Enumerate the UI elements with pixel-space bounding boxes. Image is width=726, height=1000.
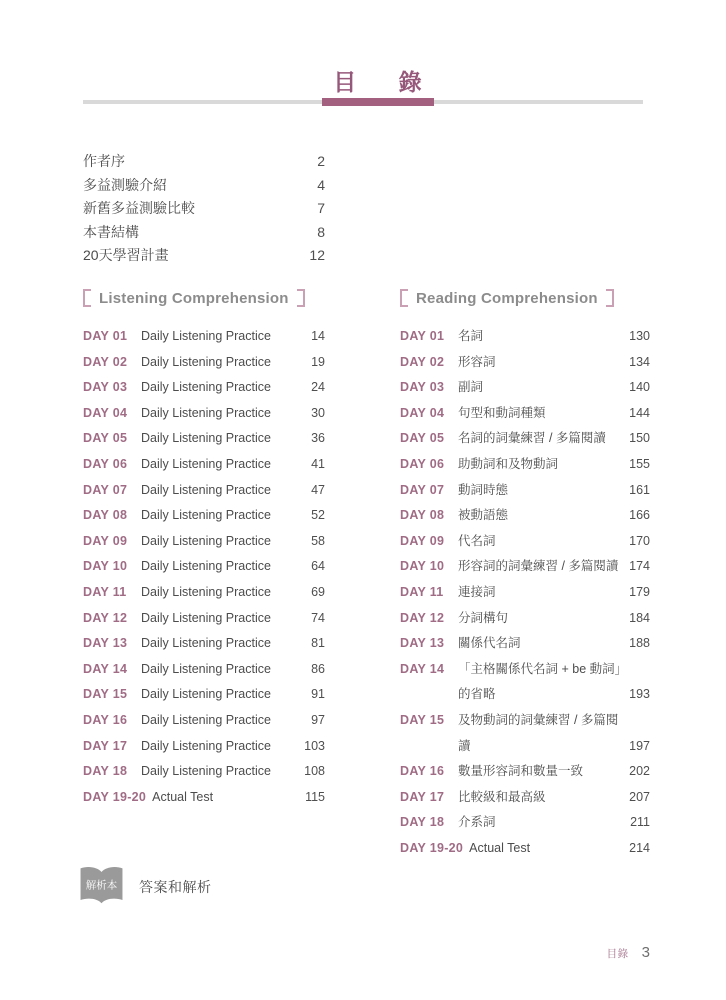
day-title-line1: Actual Test	[469, 841, 530, 855]
day-title-line1: 「主格關係代名詞 + be 動詞」	[458, 662, 627, 676]
day-title-line1: 形容詞	[458, 355, 496, 369]
day-label: DAY 03	[400, 375, 458, 401]
day-label: DAY 06	[83, 452, 141, 478]
toc-row: DAY 03 副詞 140	[400, 375, 650, 401]
day-label: DAY 08	[400, 503, 458, 529]
day-title-line1: 關係代名詞	[458, 636, 521, 650]
day-title-line1: 連接詞	[458, 585, 496, 599]
toc-row: DAY 12 Daily Listening Practice 74	[83, 606, 325, 632]
day-title: 名詞的詞彙練習 / 多篇閱讀	[458, 426, 623, 452]
day-title-line1: 數量形容詞和數量一致	[458, 764, 583, 778]
footer-section-label: 目錄	[607, 946, 629, 961]
footer-page-number: 3	[642, 944, 650, 961]
toc-row: DAY 08 Daily Listening Practice 52	[83, 503, 325, 529]
day-page: 155	[623, 452, 650, 478]
day-title: Daily Listening Practice	[141, 580, 305, 606]
toc-row: DAY 10 形容詞的詞彙練習 / 多篇閱讀 174	[400, 554, 650, 580]
toc-row: DAY 06 Daily Listening Practice 41	[83, 452, 325, 478]
list-item: 多益測驗介紹 4	[83, 174, 325, 198]
toc-row: DAY 10 Daily Listening Practice 64	[83, 554, 325, 580]
day-title-line1: Daily Listening Practice	[141, 508, 271, 522]
toc-row: DAY 15 及物動詞的詞彙練習 / 多篇閱讀 197	[400, 708, 650, 759]
bracket-close-icon	[606, 289, 614, 307]
day-page: 184	[623, 606, 650, 632]
day-title: Daily Listening Practice	[141, 708, 305, 734]
day-label: DAY 16	[83, 708, 141, 734]
toc-row: DAY 09 代名詞 170	[400, 529, 650, 555]
day-label: DAY 04	[400, 401, 458, 427]
toc-row: DAY 07 動詞時態 161	[400, 478, 650, 504]
toc-row: DAY 17 比較級和最高級 207	[400, 785, 650, 811]
toc-row: DAY 16 Daily Listening Practice 97	[83, 708, 325, 734]
toc-row: DAY 03 Daily Listening Practice 24	[83, 375, 325, 401]
day-title-line1: 動詞時態	[458, 483, 508, 497]
day-title-line1: Daily Listening Practice	[141, 380, 271, 394]
day-title: Daily Listening Practice	[141, 529, 305, 555]
day-title-line1: Daily Listening Practice	[141, 611, 271, 625]
toc-row: DAY 13 Daily Listening Practice 81	[83, 631, 325, 657]
toc-row: DAY 02 形容詞 134	[400, 350, 650, 376]
day-title: 介系詞	[458, 810, 624, 836]
day-page: 108	[298, 759, 325, 785]
toc-page: 目 錄 作者序 2 多益測驗介紹 4 新舊多益測驗比較 7 本書結構 8 20天…	[0, 0, 726, 1000]
item-label: 新舊多益測驗比較	[83, 197, 195, 221]
day-page: 166	[623, 503, 650, 529]
item-label: 20天學習計畫	[83, 244, 169, 268]
answer-book-title: 答案和解析	[139, 877, 212, 897]
section-title: Listening Comprehension	[99, 290, 289, 307]
day-title: 及物動詞的詞彙練習 / 多篇閱讀	[458, 708, 623, 759]
toc-row: DAY 11 連接詞 179	[400, 580, 650, 606]
day-title-line1: 名詞	[458, 329, 483, 343]
title-accent-bar	[322, 98, 434, 106]
day-page: 197	[623, 734, 650, 760]
toc-row: DAY 12 分詞構句 184	[400, 606, 650, 632]
toc-row: DAY 19-20 Actual Test 115	[83, 785, 325, 811]
listening-list: DAY 01 Daily Listening Practice 14 DAY 0…	[83, 324, 325, 810]
toc-row: DAY 02 Daily Listening Practice 19	[83, 350, 325, 376]
day-page: 130	[623, 324, 650, 350]
reading-list: DAY 01 名詞 130 DAY 02 形容詞 134 DAY 03 副詞 1…	[400, 324, 650, 861]
day-label: DAY 10	[400, 554, 458, 580]
toc-row: DAY 01 名詞 130	[400, 324, 650, 350]
day-page: 193	[623, 682, 650, 708]
item-label: 本書結構	[83, 221, 139, 245]
day-label: DAY 09	[83, 529, 141, 555]
day-title: Daily Listening Practice	[141, 554, 305, 580]
day-title: 被動語態	[458, 503, 623, 529]
day-label: DAY 09	[400, 529, 458, 555]
day-title-line1: 介系詞	[458, 815, 496, 829]
day-page: 58	[305, 529, 325, 555]
item-page: 8	[317, 221, 325, 245]
day-title-line1: Daily Listening Practice	[141, 559, 271, 573]
day-title-line1: Actual Test	[152, 790, 213, 804]
day-label: DAY 01	[400, 324, 458, 350]
day-label: DAY 18	[400, 810, 458, 836]
day-title: Daily Listening Practice	[141, 324, 305, 350]
bracket-close-icon	[297, 289, 305, 307]
day-title-line1: Daily Listening Practice	[141, 687, 271, 701]
day-title-line2: 的省略	[458, 682, 623, 708]
list-item: 20天學習計畫 12	[83, 244, 325, 268]
day-page: 134	[623, 350, 650, 376]
day-page: 24	[305, 375, 325, 401]
day-label: DAY 07	[83, 478, 141, 504]
toc-row: DAY 14 Daily Listening Practice 86	[83, 657, 325, 683]
footer: 目錄 3	[607, 944, 650, 961]
item-label: 多益測驗介紹	[83, 174, 167, 198]
day-label: DAY 08	[83, 503, 141, 529]
day-title: Daily Listening Practice	[141, 478, 305, 504]
day-title-line1: Daily Listening Practice	[141, 534, 271, 548]
day-title-line1: 名詞的詞彙練習 / 多篇閱讀	[458, 431, 606, 445]
day-label: DAY 02	[83, 350, 141, 376]
day-title: Actual Test	[469, 836, 623, 862]
item-page: 12	[309, 244, 325, 268]
day-title-line1: Daily Listening Practice	[141, 764, 271, 778]
day-label: DAY 03	[83, 375, 141, 401]
toc-row: DAY 09 Daily Listening Practice 58	[83, 529, 325, 555]
day-title: Daily Listening Practice	[141, 606, 305, 632]
day-title: 動詞時態	[458, 478, 623, 504]
list-item: 新舊多益測驗比較 7	[83, 197, 325, 221]
day-label: DAY 11	[400, 580, 458, 606]
day-title: Daily Listening Practice	[141, 401, 305, 427]
toc-row: DAY 19-20 Actual Test 214	[400, 836, 650, 862]
day-label: DAY 05	[400, 426, 458, 452]
day-page: 47	[305, 478, 325, 504]
day-title-line1: 句型和動詞種類	[458, 406, 546, 420]
day-title-line1: 被動語態	[458, 508, 508, 522]
day-title: 句型和動詞種類	[458, 401, 623, 427]
day-page: 30	[305, 401, 325, 427]
toc-row: DAY 04 Daily Listening Practice 30	[83, 401, 325, 427]
day-title-line1: Daily Listening Practice	[141, 662, 271, 676]
toc-row: DAY 04 句型和動詞種類 144	[400, 401, 650, 427]
toc-row: DAY 17 Daily Listening Practice 103	[83, 734, 325, 760]
day-label: DAY 11	[83, 580, 141, 606]
list-item: 本書結構 8	[83, 221, 325, 245]
day-page: 19	[305, 350, 325, 376]
day-title-line1: 代名詞	[458, 534, 496, 548]
day-title: Actual Test	[152, 785, 299, 811]
day-page: 140	[623, 375, 650, 401]
day-title: Daily Listening Practice	[141, 426, 305, 452]
day-title-line1: Daily Listening Practice	[141, 329, 271, 343]
day-page: 52	[305, 503, 325, 529]
day-title-line1: Daily Listening Practice	[141, 431, 271, 445]
day-page: 91	[305, 682, 325, 708]
day-label: DAY 18	[83, 759, 141, 785]
day-page: 211	[624, 810, 650, 836]
day-title: 「主格關係代名詞 + be 動詞」的省略	[458, 657, 623, 708]
day-title-line1: 分詞構句	[458, 611, 508, 625]
day-page: 214	[623, 836, 650, 862]
section-header-reading: Reading Comprehension	[400, 289, 614, 307]
day-label: DAY 14	[400, 657, 458, 683]
item-page: 7	[317, 197, 325, 221]
toc-row: DAY 07 Daily Listening Practice 47	[83, 478, 325, 504]
day-page: 170	[623, 529, 650, 555]
day-label: DAY 14	[83, 657, 141, 683]
day-page: 115	[299, 785, 325, 811]
day-label: DAY 19-20	[83, 785, 152, 811]
toc-row: DAY 14 「主格關係代名詞 + be 動詞」的省略 193	[400, 657, 650, 708]
day-title-line1: Daily Listening Practice	[141, 406, 271, 420]
toc-row: DAY 18 介系詞 211	[400, 810, 650, 836]
day-title: Daily Listening Practice	[141, 631, 305, 657]
day-title-line1: Daily Listening Practice	[141, 483, 271, 497]
day-page: 103	[298, 734, 325, 760]
day-title: 副詞	[458, 375, 623, 401]
toc-row: DAY 16 數量形容詞和數量一致 202	[400, 759, 650, 785]
day-page: 144	[623, 401, 650, 427]
day-title-line1: 比較級和最高級	[458, 790, 546, 804]
day-title: 助動詞和及物動詞	[458, 452, 623, 478]
day-label: DAY 12	[400, 606, 458, 632]
day-title: Daily Listening Practice	[141, 657, 305, 683]
day-label: DAY 13	[400, 631, 458, 657]
bracket-open-icon	[400, 289, 408, 307]
toc-row: DAY 15 Daily Listening Practice 91	[83, 682, 325, 708]
day-page: 202	[623, 759, 650, 785]
book-icon: 解析本	[78, 866, 125, 907]
day-title-line1: 助動詞和及物動詞	[458, 457, 558, 471]
day-title: 數量形容詞和數量一致	[458, 759, 623, 785]
section-title: Reading Comprehension	[416, 290, 598, 307]
toc-row: DAY 05 名詞的詞彙練習 / 多篇閱讀 150	[400, 426, 650, 452]
item-page: 4	[317, 174, 325, 198]
day-page: 69	[305, 580, 325, 606]
toc-row: DAY 06 助動詞和及物動詞 155	[400, 452, 650, 478]
day-title: 關係代名詞	[458, 631, 623, 657]
day-page: 81	[305, 631, 325, 657]
day-title-line1: Daily Listening Practice	[141, 585, 271, 599]
day-page: 36	[305, 426, 325, 452]
day-label: DAY 17	[83, 734, 141, 760]
day-title: Daily Listening Practice	[141, 759, 298, 785]
toc-row: DAY 18 Daily Listening Practice 108	[83, 759, 325, 785]
day-title-line1: Daily Listening Practice	[141, 713, 271, 727]
day-label: DAY 02	[400, 350, 458, 376]
day-label: DAY 15	[83, 682, 141, 708]
day-title-line1: 形容詞的詞彙練習 / 多篇閱讀	[458, 559, 618, 573]
item-page: 2	[317, 150, 325, 174]
day-label: DAY 19-20	[400, 836, 469, 862]
day-page: 161	[623, 478, 650, 504]
day-label: DAY 12	[83, 606, 141, 632]
day-title: 名詞	[458, 324, 623, 350]
day-title: 連接詞	[458, 580, 623, 606]
intro-list: 作者序 2 多益測驗介紹 4 新舊多益測驗比較 7 本書結構 8 20天學習計畫…	[83, 150, 325, 268]
item-label: 作者序	[83, 150, 125, 174]
section-header-listening: Listening Comprehension	[83, 289, 305, 307]
day-label: DAY 01	[83, 324, 141, 350]
day-page: 74	[305, 606, 325, 632]
day-title: Daily Listening Practice	[141, 350, 305, 376]
day-title-line1: Daily Listening Practice	[141, 355, 271, 369]
day-title-line1: 及物動詞的詞彙練習 / 多篇閱讀	[458, 713, 618, 753]
day-title: Daily Listening Practice	[141, 452, 305, 478]
day-title: Daily Listening Practice	[141, 503, 305, 529]
day-page: 14	[305, 324, 325, 350]
day-page: 150	[623, 426, 650, 452]
day-title: Daily Listening Practice	[141, 734, 298, 760]
title-rule	[83, 100, 643, 104]
badge-label: 解析本	[86, 877, 118, 892]
day-title: 比較級和最高級	[458, 785, 623, 811]
day-title: 形容詞	[458, 350, 623, 376]
list-item: 作者序 2	[83, 150, 325, 174]
answer-book-row: 解析本 答案和解析	[78, 866, 212, 907]
day-title: Daily Listening Practice	[141, 682, 305, 708]
day-title: 形容詞的詞彙練習 / 多篇閱讀	[458, 554, 623, 580]
day-label: DAY 05	[83, 426, 141, 452]
bracket-open-icon	[83, 289, 91, 307]
day-page: 86	[305, 657, 325, 683]
day-page: 179	[623, 580, 650, 606]
page-title: 目 錄	[15, 64, 726, 97]
day-title-line1: Daily Listening Practice	[141, 739, 271, 753]
toc-row: DAY 13 關係代名詞 188	[400, 631, 650, 657]
day-title-line1: Daily Listening Practice	[141, 457, 271, 471]
day-page: 64	[305, 554, 325, 580]
day-label: DAY 16	[400, 759, 458, 785]
day-label: DAY 13	[83, 631, 141, 657]
day-label: DAY 07	[400, 478, 458, 504]
toc-row: DAY 01 Daily Listening Practice 14	[83, 324, 325, 350]
day-title-line1: 副詞	[458, 380, 483, 394]
day-label: DAY 15	[400, 708, 458, 734]
day-title: 分詞構句	[458, 606, 623, 632]
day-page: 41	[305, 452, 325, 478]
day-label: DAY 06	[400, 452, 458, 478]
day-label: DAY 10	[83, 554, 141, 580]
day-page: 207	[623, 785, 650, 811]
day-title: 代名詞	[458, 529, 623, 555]
day-title: Daily Listening Practice	[141, 375, 305, 401]
day-page: 188	[623, 631, 650, 657]
toc-row: DAY 08 被動語態 166	[400, 503, 650, 529]
toc-row: DAY 11 Daily Listening Practice 69	[83, 580, 325, 606]
day-title-line1: Daily Listening Practice	[141, 636, 271, 650]
day-page: 174	[623, 554, 650, 580]
day-label: DAY 17	[400, 785, 458, 811]
toc-row: DAY 05 Daily Listening Practice 36	[83, 426, 325, 452]
day-page: 97	[305, 708, 325, 734]
day-label: DAY 04	[83, 401, 141, 427]
